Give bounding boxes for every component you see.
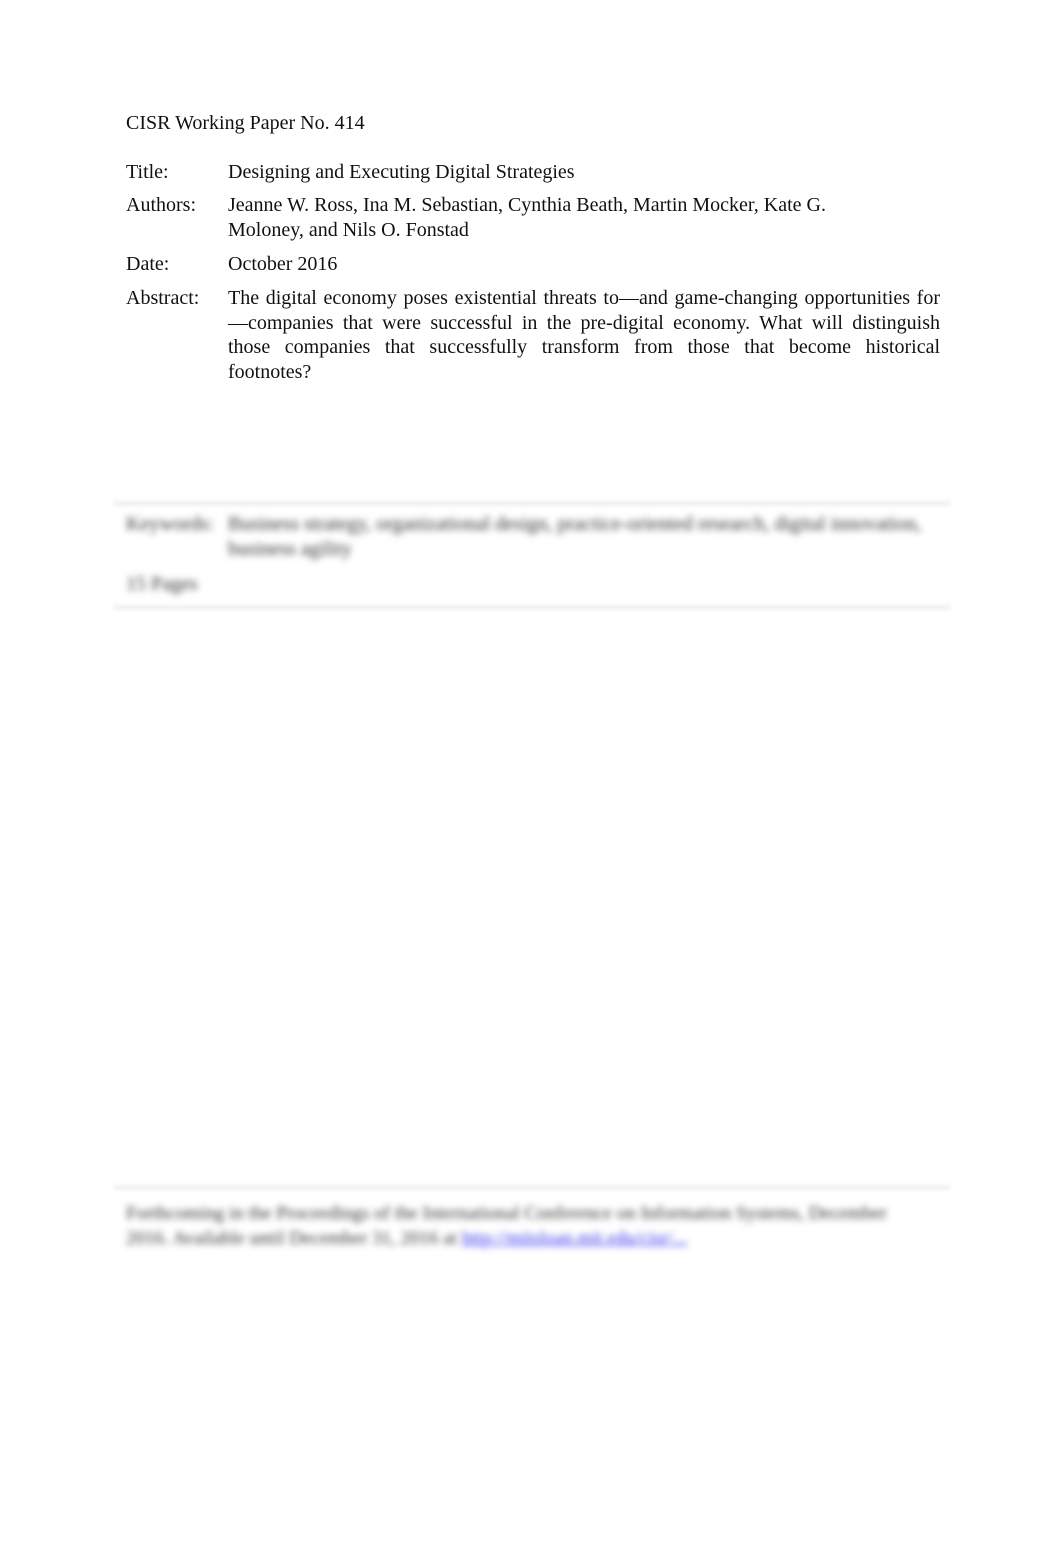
divider	[114, 606, 950, 609]
keywords-value: Business strategy, organizational design…	[228, 512, 940, 561]
working-paper-number: CISR Working Paper No. 414	[126, 111, 365, 135]
divider	[114, 1186, 950, 1189]
footer-link[interactable]: http://mitsloan.mit.edu/cisr/...	[462, 1228, 687, 1249]
footer-text-wrap: Forthcoming in the Proceedings of the In…	[126, 1202, 896, 1251]
title-value: Designing and Executing Digital Strategi…	[228, 160, 940, 185]
abstract-label: Abstract:	[126, 286, 228, 384]
footer-note: Forthcoming in the Proceedings of the In…	[126, 1202, 896, 1251]
abstract-row: Abstract: The digital economy poses exis…	[126, 286, 940, 384]
authors-row: Authors: Jeanne W. Ross, Ina M. Sebastia…	[126, 193, 940, 242]
title-row: Title: Designing and Executing Digital S…	[126, 160, 940, 185]
authors-line-2: Moloney, and Nils O. Fonstad	[228, 219, 469, 241]
keywords-row: Keywords: Business strategy, organizatio…	[126, 512, 940, 561]
document-page: CISR Working Paper No. 414 Title: Design…	[0, 0, 1062, 1561]
keywords-label: Keywords:	[126, 512, 228, 561]
abstract-value: The digital economy poses existential th…	[228, 286, 940, 384]
divider	[114, 502, 950, 505]
authors-line-1: Jeanne W. Ross, Ina M. Sebastian, Cynthi…	[228, 194, 826, 216]
pages-row: 15 Pages	[126, 572, 940, 597]
date-row: Date: October 2016	[126, 252, 940, 277]
title-label: Title:	[126, 160, 228, 185]
date-value: October 2016	[228, 252, 940, 277]
date-label: Date:	[126, 252, 228, 277]
authors-label: Authors:	[126, 193, 228, 242]
authors-value: Jeanne W. Ross, Ina M. Sebastian, Cynthi…	[228, 193, 940, 242]
pages-count: 15 Pages	[126, 572, 228, 597]
